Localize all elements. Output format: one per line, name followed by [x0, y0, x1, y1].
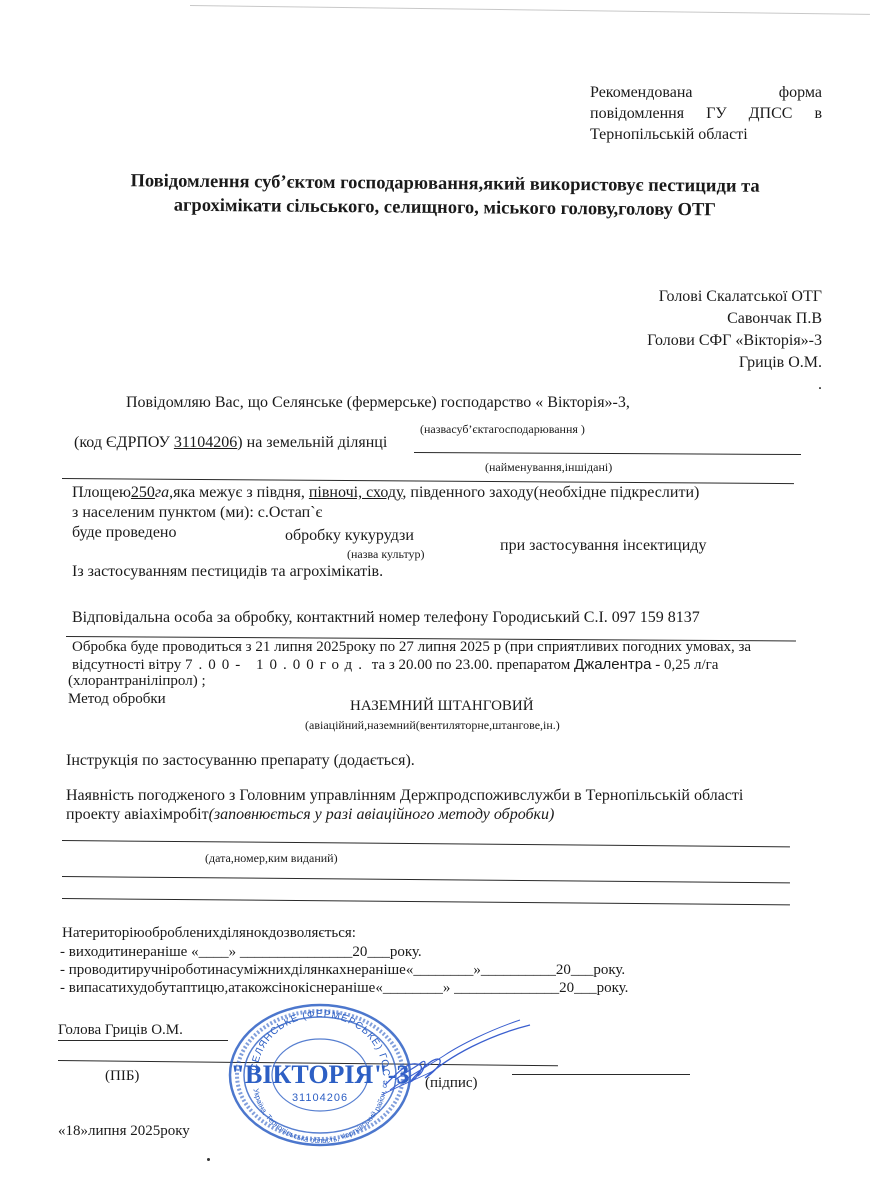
addressee-line: Гриців О.М.: [647, 352, 822, 374]
settlement: з населеним пунктом (ми): с.Остап`є: [72, 504, 322, 522]
method-label: Метод обробки: [68, 691, 166, 708]
approval-caption: (дата,номер,ким виданий): [205, 851, 338, 866]
blank-line: [62, 898, 790, 905]
active-ingredient: (хлорантраніліпрол) ;: [68, 673, 206, 690]
recommendation-note: Рекомендована форма повідомлення ГУ ДПСС…: [590, 82, 822, 145]
addressee-line: Савончак П.В: [647, 308, 822, 330]
head-name: Голова Гриців О.М.: [58, 1022, 183, 1039]
rec-word: повідомлення: [590, 103, 684, 124]
addressee-block: Голові Скалатської ОТГ Савончак П.В Голо…: [647, 286, 822, 396]
responsible-person: Відповідальна особа за обробку, контактн…: [72, 609, 700, 627]
rule-manual-work: - проводитиручніроботинасуміжнихділянках…: [60, 962, 625, 979]
period-line-2: відсутності вітру 7.00- 10.00год. та з 2…: [72, 656, 718, 674]
method-caption: (авіаційний,наземний(вентиляторне,штанго…: [305, 718, 560, 733]
intro-caption: (назвасуб’єктагосподарювання ): [420, 422, 585, 437]
addressee-line: .: [647, 374, 822, 396]
crop-caption: (назва культур): [347, 547, 425, 562]
approval-line-2: проекту авіахімробіт(заповнюється у разі…: [66, 806, 554, 824]
blank-line: [62, 876, 790, 883]
rec-word: ГУ: [706, 103, 727, 124]
product-name: Джалентра: [574, 656, 651, 673]
code-prefix: (код ЄДРПОУ: [74, 434, 174, 451]
handwritten-signature: [380, 1010, 540, 1110]
approval-line-1: Наявність погодженого з Головним управлі…: [66, 787, 743, 805]
time-window: 7.00- 10.00год.: [185, 657, 368, 673]
document-title: Повідомлення суб’єктом господарювання,як…: [95, 169, 795, 223]
rec-word: в: [814, 103, 822, 124]
area-directions-selected: півночі, сходу: [309, 484, 403, 501]
name-line: [58, 1040, 228, 1041]
addressee-line: Голови СФГ «Вікторія»-3: [647, 330, 822, 352]
period-line-1: Обробка буде проводиться з 21 липня 2025…: [72, 639, 751, 656]
land-plot-blank: [414, 452, 801, 455]
will-be-done: буде проведено: [72, 524, 176, 542]
rec-word: ДПСС: [749, 103, 793, 124]
method-value: НАЗЕМНИЙ ШТАНГОВИЙ: [350, 698, 534, 715]
approval-blank: [62, 840, 790, 847]
edrpou-code: 31104206: [174, 434, 237, 451]
area-text: , південного заходу(необхідне підкреслит…: [402, 484, 699, 501]
rule-grazing: - випасатихудобутаптицю,атакожсінокіснер…: [60, 980, 628, 997]
rec-line3: Тернопільській області: [590, 124, 822, 145]
scan-dot: [207, 1158, 210, 1161]
crop-treatment: обробку кукурудзи: [285, 527, 414, 545]
area-unit: га: [155, 484, 169, 501]
code-line: (код ЄДРПОУ 31104206) на земельній ділян…: [74, 434, 387, 452]
intro-text: Повідомляю Вас, що Селянське (фермерське…: [126, 394, 630, 412]
approval-text: проекту авіахімробіт: [66, 806, 209, 823]
area-line: Площею250га,яка межує з півдня, півночі,…: [72, 484, 699, 502]
document-date: «18»липня 2025року: [58, 1123, 190, 1140]
rec-line1-right: форма: [779, 82, 822, 103]
with-pesticides: Із застосуванням пестицидів та агрохімік…: [72, 563, 383, 581]
scan-artifact-line: [190, 5, 870, 15]
period-text: відсутності вітру: [72, 657, 185, 673]
product-dose: - 0,25 л/га: [651, 657, 718, 673]
rule-exit: - виходитинераніше «____» ______________…: [60, 944, 422, 961]
approval-note: (заповнюється у разі авіаційного методу …: [209, 806, 555, 823]
title-line-2: агрохімікати сільського, селищного, місь…: [95, 193, 795, 223]
code-suffix: ) на земельній ділянці: [237, 434, 387, 451]
area-text: ,яка межує з півдня,: [169, 484, 309, 501]
stamp-code: 31104206: [292, 1092, 348, 1104]
addressee-line: Голові Скалатської ОТГ: [647, 286, 822, 308]
territory-header: Натериторіюоброблениxділянокдозволяється…: [62, 925, 356, 942]
land-caption: (найменування,іншідані): [485, 460, 612, 475]
rec-line1-left: Рекомендована: [590, 82, 692, 103]
period-text: та з 20.00 по 23.00. препаратом: [368, 657, 574, 673]
insecticide: при застосування інсектициду: [500, 537, 706, 555]
pib-caption: (ПІБ): [105, 1068, 139, 1085]
area-prefix: Площею: [72, 484, 131, 501]
instruction: Інструкція по застосуванню препарату (до…: [66, 752, 415, 770]
area-value: 250: [131, 484, 155, 501]
